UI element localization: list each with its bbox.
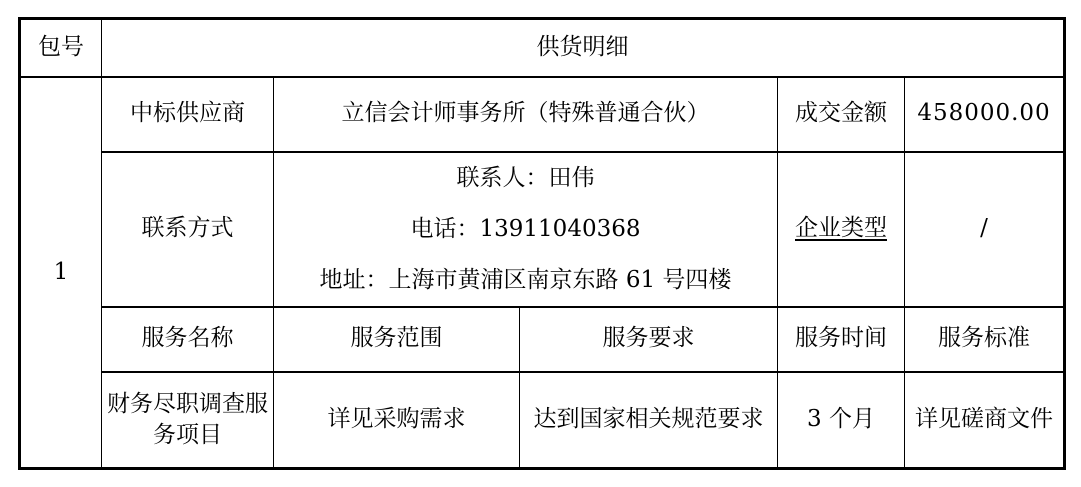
enterprise-type-value: /: [905, 152, 1065, 307]
contact-address-line: 地址：上海市黄浦区南京东路 61 号四楼: [274, 255, 777, 306]
table-header-row: 包号 供货明细: [20, 19, 1065, 77]
service-scope-value: 详见采购需求: [274, 372, 520, 469]
contact-label: 联系方式: [102, 152, 274, 307]
service-requirement-value: 达到国家相关规范要求: [520, 372, 778, 469]
supplier-value: 立信会计师事务所（特殊普通合伙）: [274, 77, 778, 152]
supply-details-table: 包号 供货明细 1 中标供应商 立信会计师事务所（特殊普通合伙） 成交金额 45…: [18, 17, 1066, 470]
service-standard-header: 服务标准: [905, 307, 1065, 372]
contact-phone-line: 电话：13911040368: [274, 204, 777, 255]
enterprise-type-label-text: 企业类型: [795, 215, 887, 241]
service-standard-value: 详见磋商文件: [905, 372, 1065, 469]
package-no-header: 包号: [20, 19, 102, 77]
service-header-row: 服务名称 服务范围 服务要求 服务时间 服务标准: [20, 307, 1065, 372]
service-name-value: 财务尽职调查服务项目: [102, 372, 274, 469]
document-page: 包号 供货明细 1 中标供应商 立信会计师事务所（特殊普通合伙） 成交金额 45…: [0, 0, 1081, 487]
service-scope-header: 服务范围: [274, 307, 520, 372]
package-number-cell: 1: [20, 77, 102, 469]
service-requirement-header: 服务要求: [520, 307, 778, 372]
service-time-value: 3 个月: [778, 372, 905, 469]
contact-info-cell: 联系人：田伟 电话：13911040368 地址：上海市黄浦区南京东路 61 号…: [274, 152, 778, 307]
contact-row: 联系方式 联系人：田伟 电话：13911040368 地址：上海市黄浦区南京东路…: [20, 152, 1065, 307]
amount-value: 458000.00: [905, 77, 1065, 152]
supplier-row: 1 中标供应商 立信会计师事务所（特殊普通合伙） 成交金额 458000.00: [20, 77, 1065, 152]
contact-person-line: 联系人：田伟: [274, 153, 777, 204]
service-time-header: 服务时间: [778, 307, 905, 372]
amount-label: 成交金额: [778, 77, 905, 152]
enterprise-type-label: 企业类型: [778, 152, 905, 307]
supplier-label: 中标供应商: [102, 77, 274, 152]
service-name-header: 服务名称: [102, 307, 274, 372]
supply-details-title: 供货明细: [102, 19, 1065, 77]
service-data-row: 财务尽职调查服务项目 详见采购需求 达到国家相关规范要求 3 个月 详见磋商文件: [20, 372, 1065, 469]
